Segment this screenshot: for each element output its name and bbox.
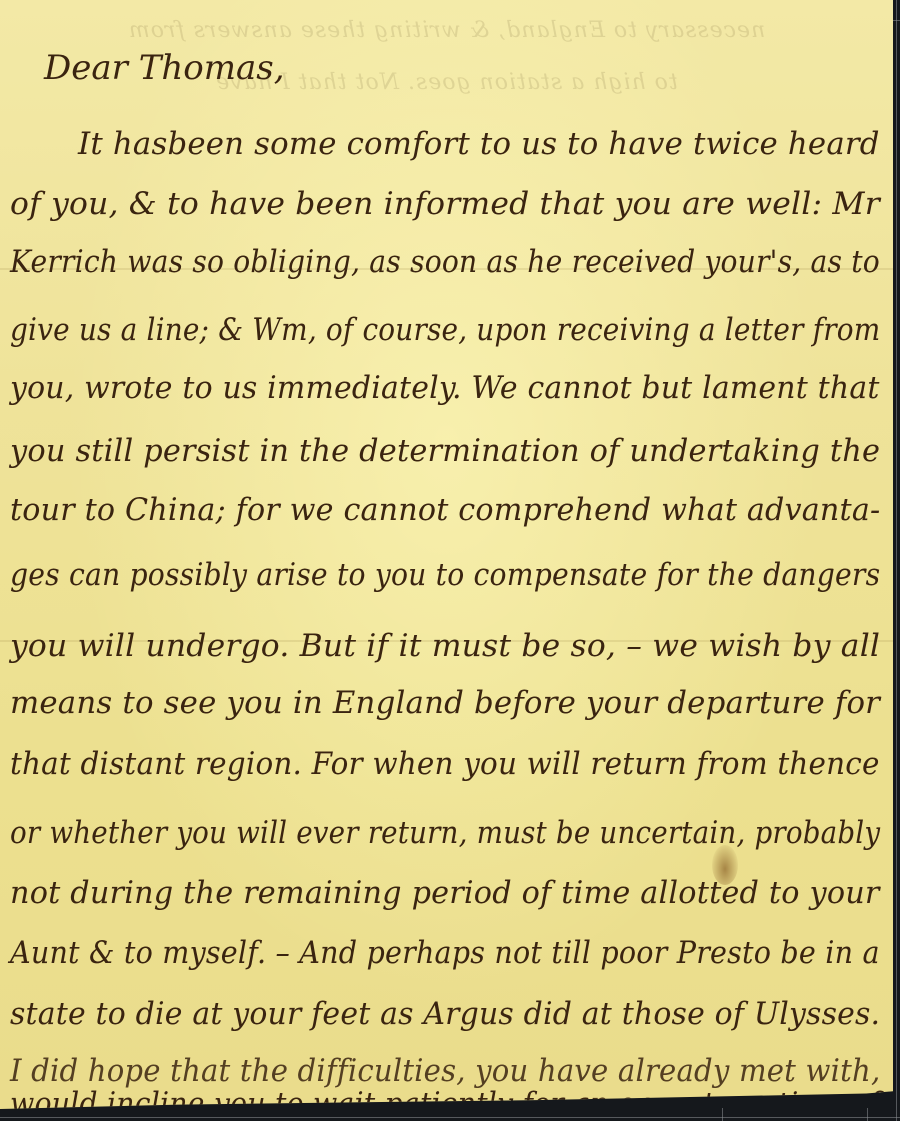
- mat-grid-line: [892, 20, 900, 21]
- letter-line: that distant region. For when you will r…: [10, 746, 880, 782]
- bleed-through-text: necessary to England, & writing these an…: [0, 18, 893, 43]
- letter-line: state to die at your feet as Argus did a…: [10, 996, 880, 1032]
- letter-line: you will undergo. But if it must be so, …: [10, 628, 880, 664]
- letter-line: It hasbeen some comfort to us to have tw…: [78, 126, 880, 162]
- mat-grid-line: [0, 1117, 900, 1118]
- mat-grid-line: [722, 1108, 723, 1121]
- letter-paper: necessary to England, & writing these an…: [0, 0, 893, 1109]
- letter-line: I did hope that the difficulties, you ha…: [10, 1053, 880, 1089]
- letter-line: tour to China; for we cannot comprehend …: [10, 492, 880, 528]
- letter-line: Aunt & to myself. – And perhaps not till…: [10, 935, 880, 971]
- mat-grid-line: [896, 0, 897, 1121]
- letter-line: Kerrich was so obliging, as soon as he r…: [10, 244, 880, 280]
- salutation: Dear Thomas,: [44, 48, 285, 88]
- letter-line: you, wrote to us immediately. We cannot …: [10, 370, 880, 406]
- letter-line: would incline you to wait patiently for …: [10, 1086, 880, 1121]
- letter-line: you still persist in the determination o…: [10, 433, 880, 469]
- letter-line: ges can possibly arise to you to compens…: [10, 557, 880, 593]
- letter-line: or whether you will ever return, must be…: [10, 815, 880, 851]
- ink-stain: [712, 845, 738, 885]
- letter-line: means to see you in England before your …: [10, 685, 880, 721]
- document-photo: necessary to England, & writing these an…: [0, 0, 900, 1121]
- mat-grid-line: [867, 1108, 868, 1121]
- letter-line: not during the remaining period of time …: [10, 875, 880, 911]
- letter-line: give us a line; & Wm, of course, upon re…: [10, 312, 880, 348]
- letter-line: of you, & to have been informed that you…: [10, 186, 880, 222]
